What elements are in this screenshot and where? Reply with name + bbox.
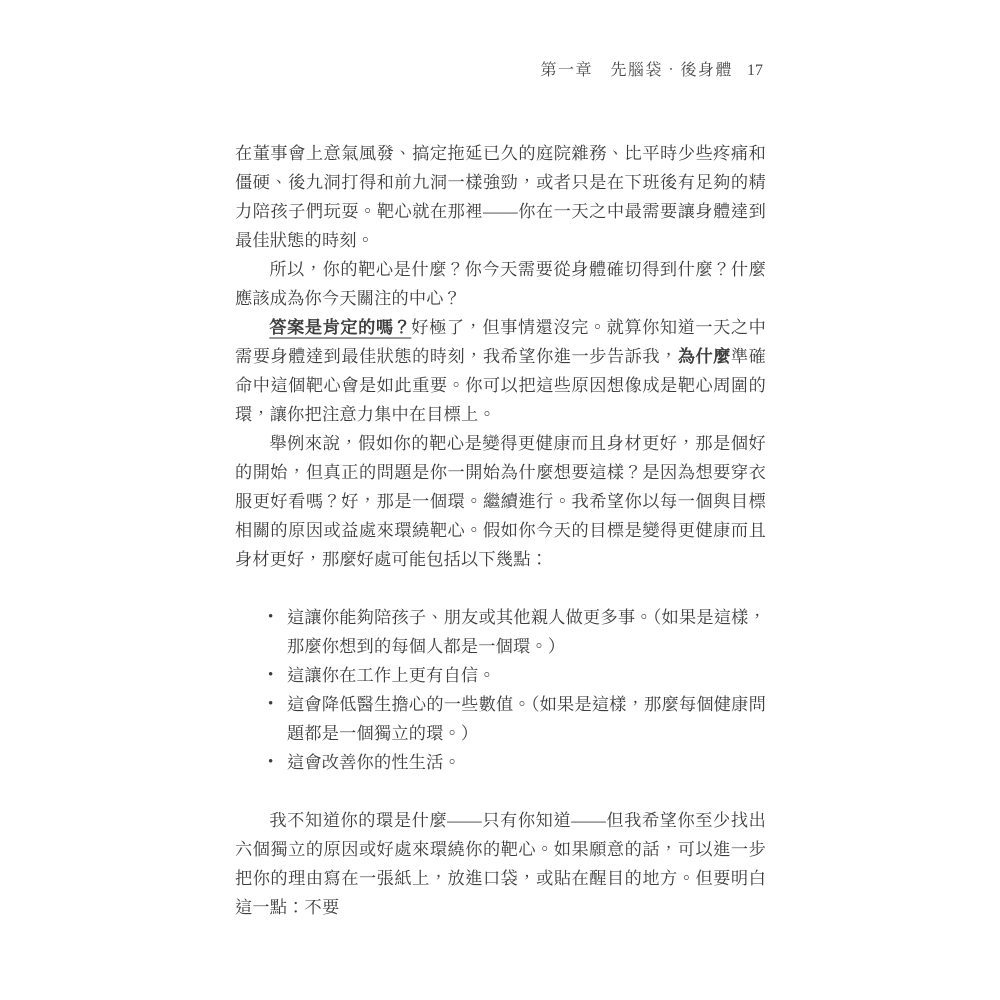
paragraph-4: 舉例來說，假如你的靶心是變得更健康而且身材更好，那是個好的開始，但真正的問題是你… [235,429,766,574]
page-number: 17 [747,62,763,79]
list-item: 這會改善你的性生活。 [287,748,766,777]
bold-underlined-phrase: 答案是肯定的嗎？ [269,318,411,337]
list-item: 這讓你在工作上更有自信。 [287,661,766,690]
chapter-title: 第一章 先腦袋‧後身體 [540,62,733,79]
list-item: 這會降低醫生擔心的一些數值。（如果是這樣，那麼每個健康問題都是一個獨立的環。） [287,690,766,748]
running-header: 第一章 先腦袋‧後身體17 [235,60,763,82]
book-page: 第一章 先腦袋‧後身體17 在董事會上意氣風發、搞定拖延已久的庭院雜務、比平時少… [0,0,1000,1000]
paragraph-3: 答案是肯定的嗎？好極了，但事情還沒完。就算你知道一天之中需要身體達到最佳狀態的時… [235,313,766,429]
paragraph-5: 我不知道你的環是什麼——只有你知道——但我希望你至少找出六個獨立的原因或好處來環… [235,806,766,922]
list-item: 這讓你能夠陪孩子、朋友或其他親人做更多事。（如果是這樣，那麼你想到的每個人都是一… [287,603,766,661]
paragraph-1: 在董事會上意氣風發、搞定拖延已久的庭院雜務、比平時少些疼痛和僵硬、後九洞打得和前… [235,139,766,255]
bullet-list: 這讓你能夠陪孩子、朋友或其他親人做更多事。（如果是這樣，那麼你想到的每個人都是一… [235,603,766,777]
body-text: 在董事會上意氣風發、搞定拖延已久的庭院雜務、比平時少些疼痛和僵硬、後九洞打得和前… [235,139,766,922]
paragraph-2: 所以，你的靶心是什麼？你今天需要從身體確切得到什麼？什麼應該成為你今天關注的中心… [235,255,766,313]
bold-phrase-why: 為什麼 [678,347,731,366]
